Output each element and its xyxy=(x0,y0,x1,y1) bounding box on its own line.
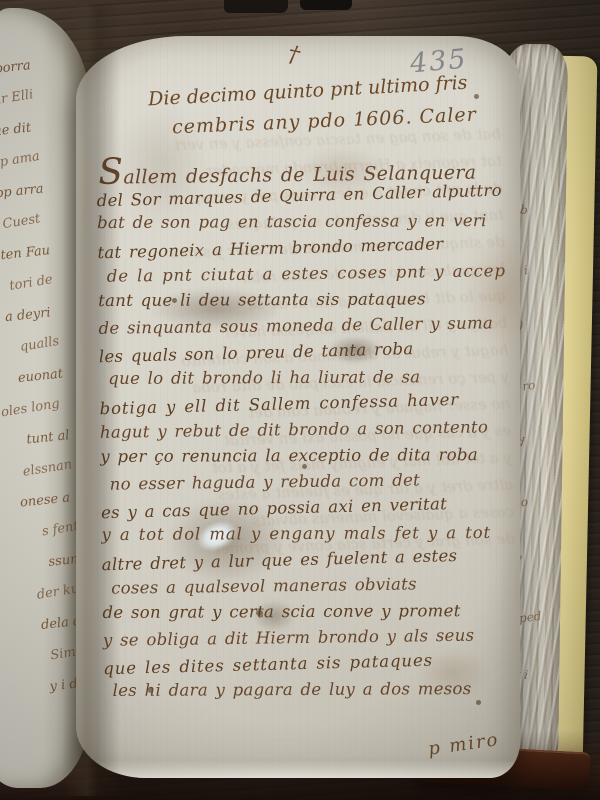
manuscript-page: bat de son pag en tascia confessa y en v… xyxy=(76,36,520,778)
text-line: de son grat y certa scia conve y promet xyxy=(102,601,506,629)
page-edge-mark: o xyxy=(520,493,547,553)
heading-line: Die decimo quinto pnt ultimo fris xyxy=(148,72,468,111)
page-edge-mark: i xyxy=(523,261,550,321)
signature: p miro xyxy=(427,729,501,760)
page-edge-mark: ped xyxy=(518,609,545,669)
manuscript-photo: bi)rodovpedv i Coporraar Ellique ditp am… xyxy=(0,0,600,800)
text-line: les hi dara y pagara de luy a dos mesos xyxy=(113,679,508,707)
cross-mark: † xyxy=(285,41,302,69)
table-object-icon xyxy=(300,0,352,10)
page-edge-mark: ro xyxy=(521,377,548,437)
text-line: y per ço renuncia la exceptio de dita ro… xyxy=(100,445,504,473)
table-object-icon xyxy=(224,0,288,13)
body-text: Sallem desfachs de Luis Selanqueradel So… xyxy=(96,157,508,709)
text-line: tant que li deu settanta sis pataques xyxy=(98,289,502,317)
ink-spot xyxy=(474,94,479,99)
